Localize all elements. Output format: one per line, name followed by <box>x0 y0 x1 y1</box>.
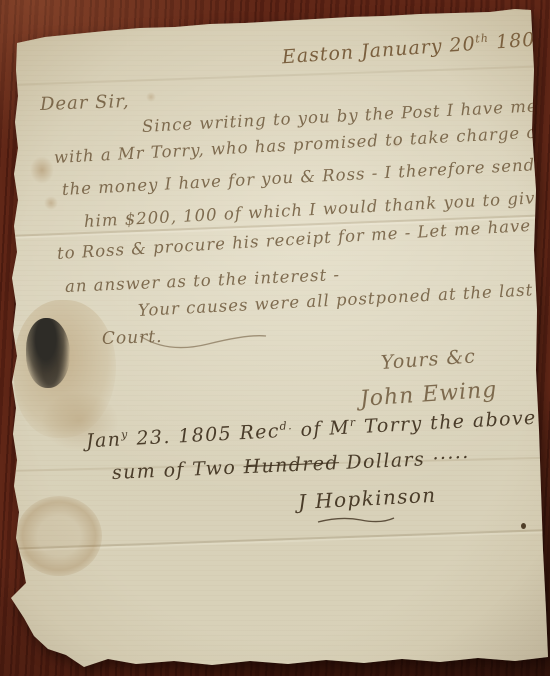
fold-crease <box>4 529 546 550</box>
receipt-superscript: d. <box>279 419 293 433</box>
receipt-flourish-dots: ····· <box>425 446 471 470</box>
fox-stain <box>44 196 58 210</box>
receipt-text: Jan <box>85 428 121 452</box>
pen-flourish <box>316 514 396 528</box>
dateline: Easton January 20th 1805 - <box>281 26 550 68</box>
dateline-place-date: Easton January 20 <box>281 33 476 68</box>
receipt-text: sum of Two <box>112 456 245 484</box>
salutation: Dear Sir, <box>40 91 130 115</box>
letter-paper: Easton January 20th 1805 - Dear Sir, Sin… <box>0 0 550 676</box>
body-line: Court. <box>102 327 163 349</box>
dateline-year: 1805 - <box>488 27 550 54</box>
receipt-text: of M <box>293 417 351 442</box>
receipt-text: Dollars <box>339 448 426 474</box>
letter-paper-wrap: Easton January 20th 1805 - Dear Sir, Sin… <box>0 0 550 676</box>
receipt-text: 23. 1805 Rec <box>128 420 280 450</box>
receipt-line: sum of Two Hundred Dollars ····· <box>112 446 471 484</box>
dark-speck <box>521 523 526 529</box>
fox-stain <box>30 156 54 184</box>
struck-out-word: Hundred <box>243 452 339 478</box>
fold-crease <box>8 66 538 86</box>
receipt-text: Torry the above <box>356 407 537 438</box>
bottom-left-stain <box>16 496 102 576</box>
receipt-line: Jany 23. 1805 Recd. of Mr Torry the abov… <box>85 406 537 452</box>
dateline-superscript: th <box>475 32 489 46</box>
closing: Yours &c <box>380 345 476 374</box>
signature-john-ewing: John Ewing <box>359 377 498 412</box>
fox-stain <box>146 92 156 102</box>
body-line: an answer as to the interest - <box>65 265 341 296</box>
photo-of-letter: Easton January 20th 1805 - Dear Sir, Sin… <box>0 0 550 676</box>
wax-seal-remnant <box>26 318 70 388</box>
signature-hopkinson: J Hopkinson <box>297 483 437 514</box>
